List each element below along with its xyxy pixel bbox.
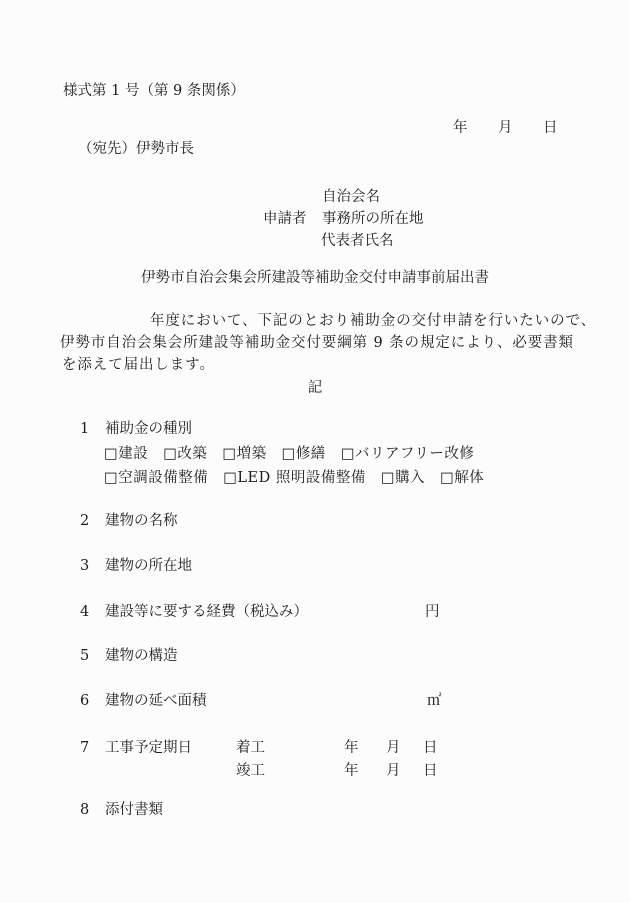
checkbox-icon: □ — [223, 470, 237, 486]
checkbox-icon: □ — [282, 446, 296, 462]
item-number: 1 — [80, 421, 105, 437]
checkbox-option-label: 増築 — [237, 446, 267, 462]
checkbox-option-purchase: □購入 — [381, 470, 425, 486]
checkbox-option-barrier-free: □バリアフリー改修 — [341, 446, 475, 462]
checkbox-option-extension: □増築 — [222, 446, 266, 462]
item-6-floor-area: 6建物の延べ面積 — [80, 693, 207, 709]
item-7-construction-schedule: 7工事予定期日 — [80, 740, 192, 756]
body-paragraph-line2: 伊勢市自治会集会所建設等補助金交付要綱第 9 条の規定により、必要書類 — [60, 335, 574, 351]
item-number: 4 — [80, 604, 105, 620]
checkbox-icon: □ — [381, 470, 395, 486]
applicant-label: 申請者 — [263, 211, 307, 227]
applicant-field-representative-name: 代表者氏名 — [321, 233, 394, 249]
schedule-start-month: 月 — [386, 740, 401, 756]
schedule-end-day: 日 — [423, 763, 438, 779]
item-label: 建物の所在地 — [105, 558, 192, 574]
subsidy-options-row2: □空調設備整備 □LED 照明設備整備 □購入 □解体 — [104, 470, 484, 486]
item-label: 工事予定期日 — [105, 740, 192, 756]
item-number: 2 — [80, 513, 105, 529]
checkbox-option-rebuild: □改築 — [163, 446, 207, 462]
schedule-start-year: 年 — [344, 740, 359, 756]
cost-unit-yen: 円 — [425, 604, 440, 620]
schedule-end-year: 年 — [344, 763, 359, 779]
item-4-construction-cost: 4建設等に要する経費（税込み） — [80, 604, 308, 620]
checkbox-option-led-lighting: □LED 照明設備整備 — [223, 470, 366, 486]
checkbox-icon: □ — [104, 470, 118, 486]
item-5-building-structure: 5建物の構造 — [80, 648, 178, 664]
schedule-start-day: 日 — [423, 740, 438, 756]
applicant-field-office-address: 事務所の所在地 — [322, 211, 424, 227]
checkbox-option-label: 修繕 — [296, 446, 326, 462]
checkbox-option-label: バリアフリー改修 — [355, 446, 474, 462]
item-label: 建物の名称 — [105, 513, 178, 529]
recipient-line: （宛先）伊勢市長 — [78, 141, 194, 157]
item-1-subsidy-type: 1補助金の種別 — [80, 421, 192, 437]
checkbox-option-label: 購入 — [395, 470, 425, 486]
item-2-building-name: 2建物の名称 — [80, 513, 178, 529]
date-blank-day: 日 — [543, 120, 558, 136]
schedule-start-label: 着工 — [236, 740, 265, 756]
document-page: 様式第 1 号（第 9 条関係） 年 月 日 （宛先）伊勢市長 申請者 自治会名… — [0, 0, 630, 903]
subsidy-options-row1: □建設 □改築 □増築 □修繕 □バリアフリー改修 — [104, 446, 474, 462]
checkbox-option-label: LED 照明設備整備 — [237, 470, 365, 486]
checkbox-icon: □ — [341, 446, 355, 462]
form-number: 様式第 1 号（第 9 条関係） — [63, 83, 245, 99]
applicant-field-association-name: 自治会名 — [322, 189, 380, 205]
body-paragraph-line1: 年度において、下記のとおり補助金の交付申請を行いたいので、 — [150, 313, 596, 329]
checkbox-icon: □ — [222, 446, 236, 462]
checkbox-option-label: 建設 — [118, 446, 148, 462]
item-number: 6 — [80, 693, 105, 709]
document-title: 伊勢市自治会集会所建設等補助金交付申請事前届出書 — [0, 270, 630, 286]
item-number: 3 — [80, 558, 105, 574]
item-3-building-location: 3建物の所在地 — [80, 558, 192, 574]
checkbox-icon: □ — [440, 470, 454, 486]
item-number: 5 — [80, 648, 105, 664]
item-label: 建物の延べ面積 — [105, 693, 207, 709]
item-label: 建物の構造 — [105, 648, 178, 664]
body-paragraph-line3: を添えて届出します。 — [62, 357, 215, 373]
item-label: 建設等に要する経費（税込み） — [105, 604, 308, 620]
checkbox-option-label: 解体 — [454, 470, 484, 486]
area-unit-square-meter: ㎡ — [427, 693, 442, 709]
schedule-end-label: 竣工 — [236, 763, 265, 779]
checkbox-option-air-conditioning: □空調設備整備 — [104, 470, 208, 486]
checkbox-icon: □ — [163, 446, 177, 462]
list-marker-ki: 記 — [0, 380, 630, 396]
checkbox-icon: □ — [104, 446, 118, 462]
item-label: 補助金の種別 — [105, 421, 192, 437]
schedule-end-month: 月 — [386, 763, 401, 779]
date-blank-year: 年 — [453, 120, 468, 136]
checkbox-option-repair: □修繕 — [282, 446, 326, 462]
item-label: 添付書類 — [105, 802, 163, 818]
item-number: 8 — [80, 802, 105, 818]
checkbox-option-construction: □建設 — [104, 446, 148, 462]
checkbox-option-label: 空調設備整備 — [118, 470, 208, 486]
checkbox-option-demolition: □解体 — [440, 470, 484, 486]
date-blank-month: 月 — [498, 120, 513, 136]
checkbox-option-label: 改築 — [177, 446, 207, 462]
item-number: 7 — [80, 740, 105, 756]
item-8-attached-documents: 8添付書類 — [80, 802, 163, 818]
